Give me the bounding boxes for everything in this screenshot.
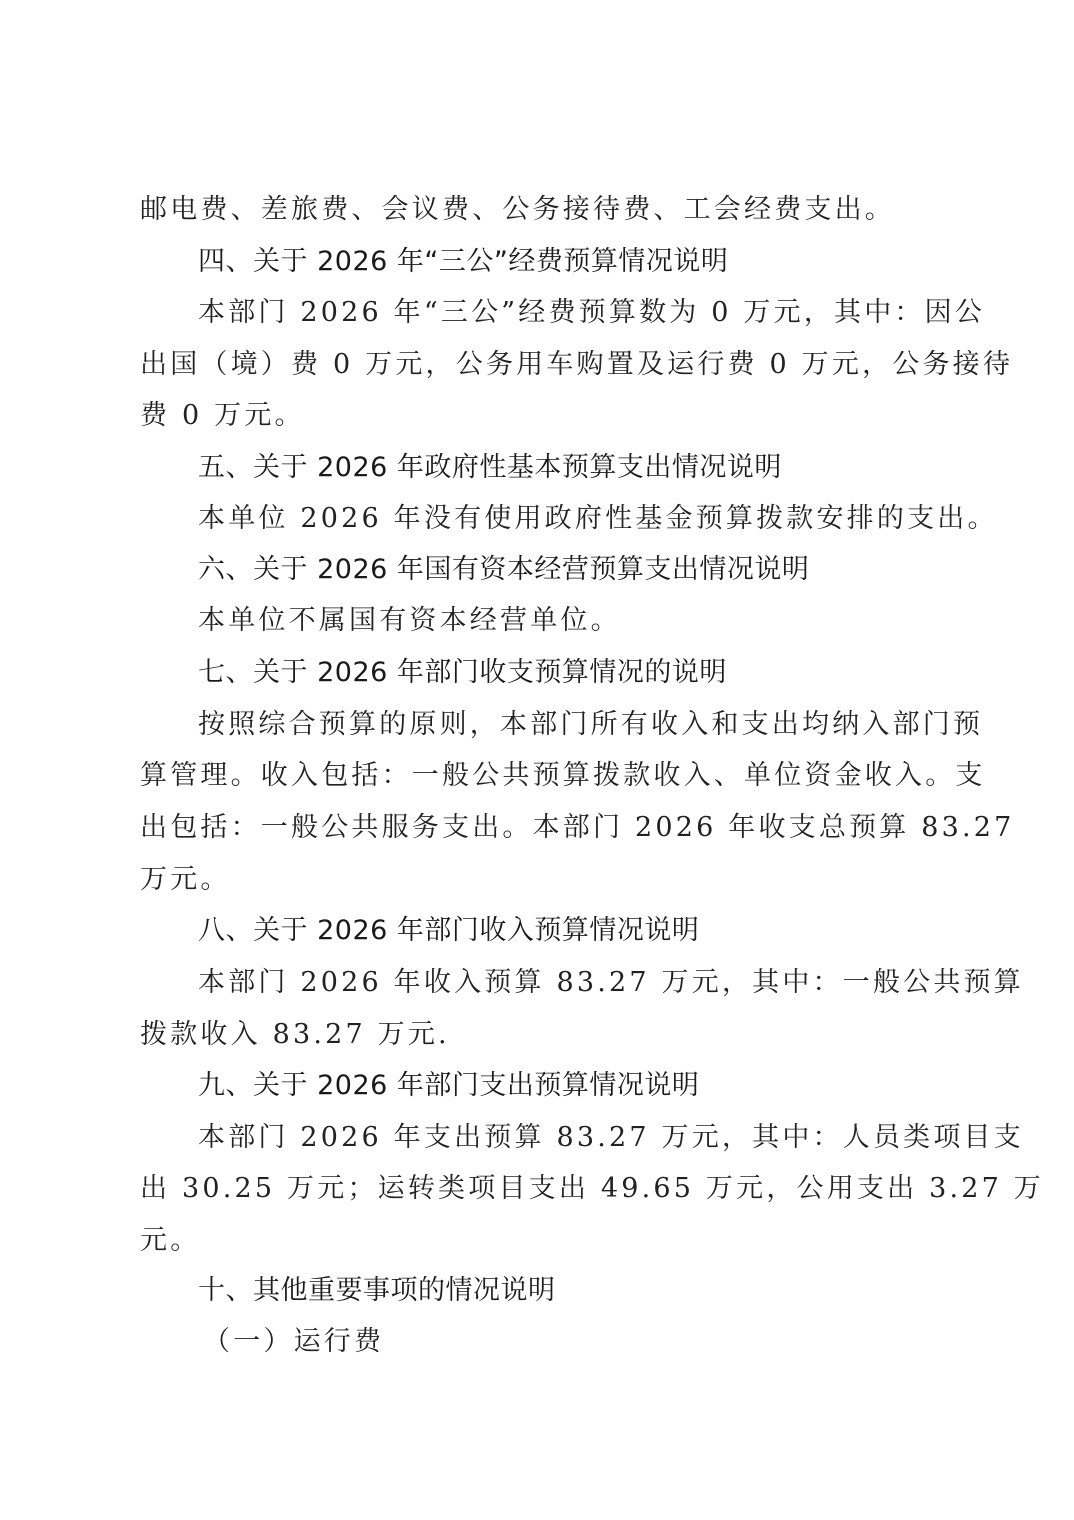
subsection-heading: （一）运行费: [203, 1324, 1003, 1360]
body-text-line: 本部门 2026 年支出预算 83.27 万元，其中：人员类项目支: [198, 1120, 998, 1156]
body-text-line: 本单位 2026 年没有使用政府性基金预算拨款安排的支出。: [198, 501, 998, 537]
body-text-line: 出国（境）费 0 万元，公务用车购置及运行费 0 万元，公务接待: [140, 347, 940, 383]
body-text-line: 邮电费、差旅费、会议费、公务接待费、工会经费支出。: [140, 192, 940, 228]
body-text-line: 万元。: [140, 862, 940, 898]
body-text-line: 元。: [140, 1223, 940, 1259]
section-heading-6: 六、关于 2026 年国有资本经营预算支出情况说明: [198, 552, 998, 588]
section-heading-4: 四、关于 2026 年“三公”经费预算情况说明: [198, 244, 998, 280]
section-heading-9: 九、关于 2026 年部门支出预算情况说明: [198, 1068, 998, 1104]
section-heading-8: 八、关于 2026 年部门收入预算情况说明: [198, 913, 998, 949]
body-text-line: 按照综合预算的原则，本部门所有收入和支出均纳入部门预: [198, 707, 998, 743]
body-text-line: 算管理。收入包括：一般公共预算拨款收入、单位资金收入。支: [140, 758, 940, 794]
section-heading-7: 七、关于 2026 年部门收支预算情况的说明: [198, 655, 998, 691]
body-text-line: 出 30.25 万元；运转类项目支出 49.65 万元，公用支出 3.27 万: [140, 1171, 940, 1207]
body-text-line: 本部门 2026 年收入预算 83.27 万元，其中：一般公共预算: [198, 965, 998, 1001]
body-text-line: 拨款收入 83.27 万元.: [140, 1017, 940, 1053]
body-text-line: 本单位不属国有资本经营单位。: [198, 603, 998, 639]
section-heading-5: 五、关于 2026 年政府性基本预算支出情况说明: [198, 450, 998, 486]
body-text-line: 本部门 2026 年“三公”经费预算数为 0 万元，其中：因公: [198, 295, 998, 331]
document-page: 邮电费、差旅费、会议费、公务接待费、工会经费支出。 四、关于 2026 年“三公…: [0, 0, 1074, 1520]
body-text-line: 出包括：一般公共服务支出。本部门 2026 年收支总预算 83.27: [140, 810, 940, 846]
body-text-line: 费 0 万元。: [140, 398, 940, 434]
section-heading-10: 十、其他重要事项的情况说明: [198, 1273, 998, 1309]
